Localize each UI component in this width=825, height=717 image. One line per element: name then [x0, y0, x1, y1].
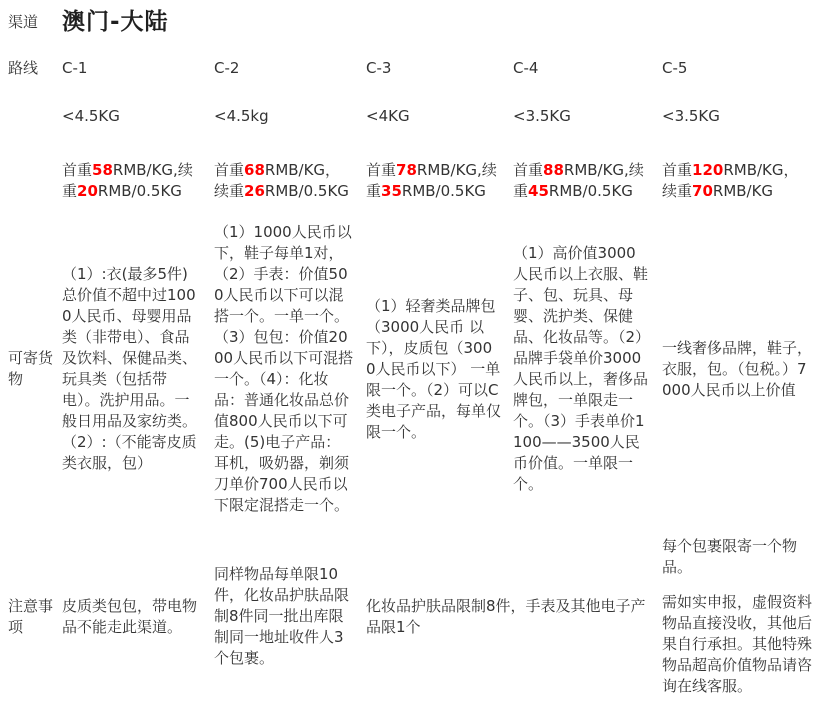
price-row: 首重58RMB/KG,续重20RMB/0.5KG 首重68RMB/KG，续重26…	[0, 140, 825, 222]
additional-weight-rate: 45	[528, 182, 549, 200]
route-label: 路线	[0, 45, 62, 92]
price-text: 首重	[662, 161, 692, 179]
goods-label: 可寄货物	[0, 222, 62, 516]
additional-weight-rate: 70	[692, 182, 713, 200]
additional-weight-rate: 26	[244, 182, 265, 200]
price-text: 首重	[513, 161, 543, 179]
weight-c3: <4KG	[366, 92, 513, 140]
page-title: 澳门-大陆	[62, 0, 825, 45]
goods-c5: 一线奢侈品牌，鞋子，衣服，包。（包税。）7000人民币以上价值	[662, 222, 825, 516]
route-c4: C-4	[513, 45, 662, 92]
weight-c5: <3.5KG	[662, 92, 825, 140]
price-c5: 首重120RMB/KG，续重70RMB/KG	[662, 140, 825, 222]
channel-row: 渠道 澳门-大陆	[0, 0, 825, 45]
first-weight-rate: 88	[543, 161, 564, 179]
channel-label: 渠道	[0, 0, 62, 45]
price-text: RMB/KG	[713, 182, 773, 200]
first-weight-rate: 120	[692, 161, 723, 179]
notes-row: 注意事项 皮质类包包，带电物品不能走此渠道。 同样物品每单限10件，化妆品护肤品…	[0, 516, 825, 717]
route-c3: C-3	[366, 45, 513, 92]
weight-row: <4.5KG <4.5kg <4KG <3.5KG <3.5KG	[0, 92, 825, 140]
notes-c5: 每个包裹限寄一个物品。 需如实申报，虚假资料物品直接没收，其他后果自行承担。其他…	[662, 516, 825, 717]
goods-c1: （1）:衣(最多5件)总价值不超中过1000人民币、母婴用品类（非带电）、食品及…	[62, 222, 214, 516]
first-weight-rate: 58	[92, 161, 113, 179]
price-text: 首重	[62, 161, 92, 179]
route-c1: C-1	[62, 45, 214, 92]
weight-label-empty	[0, 92, 62, 140]
notes-label: 注意事项	[0, 516, 62, 717]
shipping-rates-table: 渠道 澳门-大陆 路线 C-1 C-2 C-3 C-4 C-5 <4.5KG <…	[0, 0, 825, 717]
notes-c3-c4: 化妆品护肤品限制8件，手表及其他电子产品限1个	[366, 516, 662, 717]
route-c5: C-5	[662, 45, 825, 92]
notes-c2: 同样物品每单限10件，化妆品护肤品限制8件同一批出库限制同一地址收件人3个包裹。	[214, 516, 366, 717]
weight-c4: <3.5KG	[513, 92, 662, 140]
price-text: 首重	[214, 161, 244, 179]
additional-weight-rate: 35	[381, 182, 402, 200]
additional-weight-rate: 20	[77, 182, 98, 200]
route-c2: C-2	[214, 45, 366, 92]
price-text: RMB/0.5KG	[549, 182, 633, 200]
price-text: RMB/0.5KG	[402, 182, 486, 200]
price-text: RMB/0.5KG	[98, 182, 182, 200]
price-text: 首重	[366, 161, 396, 179]
weight-c1: <4.5KG	[62, 92, 214, 140]
notes-c5-paragraph-2: 需如实申报，虚假资料物品直接没收，其他后果自行承担。其他特殊物品超高价值物品请咨…	[662, 592, 813, 697]
price-c1: 首重58RMB/KG,续重20RMB/0.5KG	[62, 140, 214, 222]
weight-c2: <4.5kg	[214, 92, 366, 140]
goods-c4: （1）高价值3000人民币以上衣服、鞋子、包、玩具、母婴、洗护类、保健品、化妆品…	[513, 222, 662, 516]
price-text: RMB/0.5KG	[265, 182, 349, 200]
notes-c5-paragraph-1: 每个包裹限寄一个物品。	[662, 536, 813, 578]
goods-c3: （1）轻奢类品牌包（3000人民币 以下），皮质包（3000人民币以下） 一单限…	[366, 222, 513, 516]
price-c4: 首重88RMB/KG,续重45RMB/0.5KG	[513, 140, 662, 222]
goods-row: 可寄货物 （1）:衣(最多5件)总价值不超中过1000人民币、母婴用品类（非带电…	[0, 222, 825, 516]
goods-c2: （1）1000人民币以下，鞋子每单1对，（2）手表：价值500人民币以下可以混搭…	[214, 222, 366, 516]
first-weight-rate: 68	[244, 161, 265, 179]
first-weight-rate: 78	[396, 161, 417, 179]
route-row: 路线 C-1 C-2 C-3 C-4 C-5	[0, 45, 825, 92]
notes-c1: 皮质类包包，带电物品不能走此渠道。	[62, 516, 214, 717]
price-c3: 首重78RMB/KG,续重35RMB/0.5KG	[366, 140, 513, 222]
price-label-empty	[0, 140, 62, 222]
price-c2: 首重68RMB/KG，续重26RMB/0.5KG	[214, 140, 366, 222]
